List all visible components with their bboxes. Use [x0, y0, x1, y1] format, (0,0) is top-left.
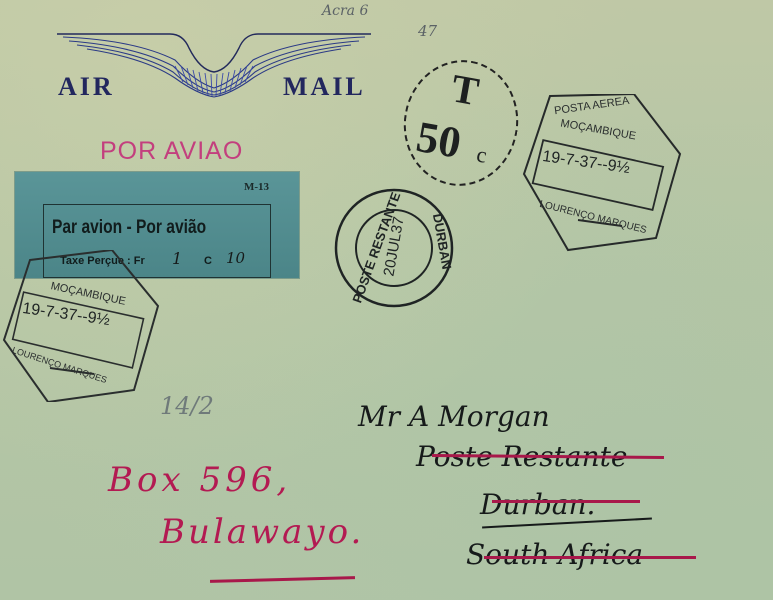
label-code: M-13 [244, 181, 269, 193]
redirect-line-box: Box 596, [108, 460, 291, 500]
postage-due-letter: T [448, 64, 482, 115]
por-aviao-cachet: POR AVIAO [100, 137, 243, 166]
label-cents-label: C [204, 255, 212, 267]
address-line-city: Durban. [480, 488, 595, 521]
postmark-lourenco-marques-right: POSTA AEREA MOÇAMBIQUE 19-7-37--9½ LOURE… [522, 94, 682, 256]
hexagon-frame-icon [522, 94, 682, 256]
label-title: Par avion - Por avião [52, 217, 206, 239]
pencil-note-middle: 14/2 [160, 392, 214, 420]
redirect-line-city: Bulawayo. [160, 512, 364, 552]
pencil-note-top: Acra 6 [322, 3, 368, 19]
strike-line [484, 556, 696, 559]
postmark-durban-poste-restante: POSTE RESTANTE DURBAN 20JUL37 [332, 186, 456, 310]
envelope: AIR MAIL Acra 6 47 POR AVIAO M-13 Par av… [0, 0, 773, 600]
postage-due-value: 50 [413, 111, 465, 169]
label-tax-value: 1 [172, 249, 182, 268]
postage-due-suffix: c [475, 141, 489, 168]
mail-heading: MAIL [283, 72, 366, 102]
air-heading: AIR [58, 72, 115, 102]
label-cents-value: 10 [226, 249, 245, 267]
pencil-note-top-right: 47 [418, 22, 437, 40]
address-line-name: Mr A Morgan [358, 400, 550, 433]
postmark-lourenco-marques-left: 19-7-37--9½ MOÇAMBIQUE LOURENÇO MARQUES [2, 250, 162, 402]
underline [210, 576, 355, 583]
address-line-country: South Africa [466, 538, 643, 571]
strike-line [492, 500, 640, 503]
postage-due-mark: T 50 c [394, 51, 528, 195]
